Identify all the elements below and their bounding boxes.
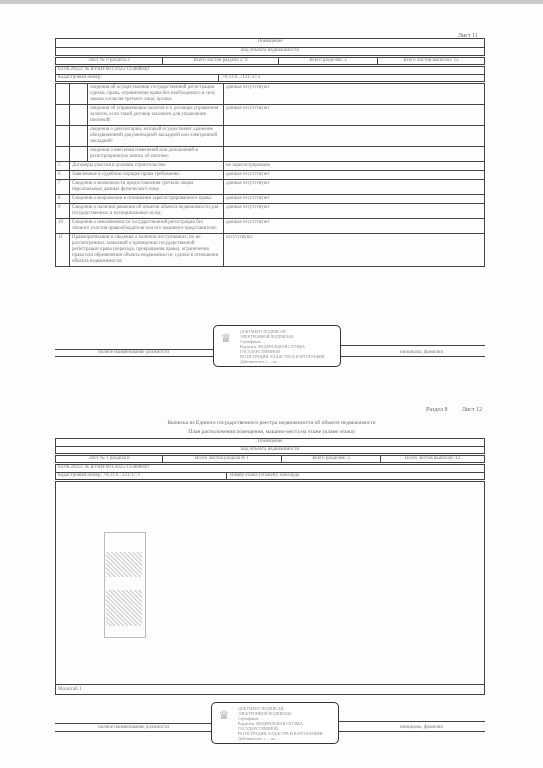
coat-of-arms-icon: ♕	[219, 330, 233, 346]
stamp-owner: Владелец: ФЕДЕРАЛЬНАЯ СЛУЖБА ГОСУДАРСТВЕ…	[238, 721, 334, 731]
cadastral-value: 76:31:0...:121:37:3	[220, 75, 480, 82]
coat-of-arms-icon: ♕	[217, 707, 231, 723]
sections-total: Всего разделов: 3	[282, 456, 380, 462]
subrow-value: данные отсутствуют	[224, 84, 485, 105]
subrow-text: сведения о внесении изменений или дополн…	[88, 147, 224, 162]
object-type-header: Помещение вид объекта недвижимости	[55, 38, 485, 56]
row-number: 7	[56, 180, 70, 195]
position-label: полное наименование должности	[98, 725, 169, 730]
sheets-total: Всего листов выписки: 12	[381, 456, 484, 462]
sheet-number: Лист № 9 раздела 2	[56, 58, 162, 64]
sheets-in-section: Всего листов раздела 2: 9	[163, 58, 278, 64]
floor-plan-rooms-bottom	[106, 590, 142, 626]
scale-label: Масштаб 1	[56, 685, 484, 695]
sheets-total: Всего листов выписки: 12	[378, 58, 484, 64]
row-value: отсутствуют	[224, 234, 485, 267]
row-text: Заявленные в судебном порядке права треб…	[70, 171, 224, 180]
table-subrow: сведения об управляющем залогом и о дого…	[56, 105, 485, 126]
cadastral-label: Кадастровый номер:	[56, 75, 218, 82]
row-value: данные отсутствуют	[224, 171, 485, 180]
subrow-value	[224, 147, 485, 162]
row-value: данные отсутствуют	[224, 219, 485, 234]
subrow-text: сведения об осуществлении государственно…	[88, 84, 224, 105]
object-title: Помещение	[56, 439, 484, 446]
sheets-in-section: Всего листов раздела 8: 1	[163, 456, 281, 462]
row-number: 11	[56, 234, 70, 267]
row-text: Правопритязания и сведения о наличии пос…	[70, 234, 224, 267]
name-label: инициалы, фамилия	[400, 350, 443, 355]
row-value: не зарегистрировано	[224, 162, 485, 171]
row-text: Сведения о невозможности государственной…	[70, 219, 224, 234]
section-label: Раздел 8	[426, 407, 447, 413]
document-title: Выписка из Единого государственного реес…	[0, 420, 543, 426]
e-signature-stamp: ♕ ДОКУМЕНТ ПОДПИСАН ЭЛЕКТРОННОЙ ПОДПИСЬЮ…	[211, 702, 339, 744]
extract-reference: 03.06.2025г. № КУВИ-001/2025-115888849	[56, 465, 484, 472]
sections-total: Всего разделов: 3	[279, 58, 377, 64]
table-row: 9Сведения о наличии решения об изъятии о…	[56, 204, 485, 219]
table-row: 7Сведения о возможности предоставления т…	[56, 180, 485, 195]
sheet-label: Лист 12	[462, 407, 482, 413]
extract-reference: 03.06.2025г. № КУВИ-001/2025-115888849	[56, 67, 484, 74]
floor-plan-rooms-top	[106, 552, 142, 577]
table-row: 10Сведения о невозможности государственн…	[56, 219, 485, 234]
position-label: полное наименование должности	[98, 350, 169, 355]
row-number: 5	[56, 162, 70, 171]
object-subtitle: вид объекта недвижимости	[56, 48, 484, 56]
e-signature-stamp: ♕ ДОКУМЕНТ ПОДПИСАН ЭЛЕКТРОННОЙ ПОДПИСЬЮ…	[213, 325, 341, 367]
scan-top-edge	[0, 0, 543, 4]
registry-table: сведения об осуществлении государственно…	[55, 83, 485, 267]
row-text: Договоры участия в долевом строительстве…	[70, 162, 224, 171]
object-type-header: Помещение вид объекта недвижимости	[55, 438, 485, 454]
row-text: Сведения о возражении в отношении зареги…	[70, 195, 224, 204]
subrow-value: данные отсутствуют	[224, 105, 485, 126]
object-title: Помещение	[56, 39, 484, 47]
row-text: Сведения о возможности предоставления тр…	[70, 180, 224, 195]
table-row: 11Правопритязания и сведения о наличии п…	[56, 234, 485, 267]
row-value: данные отсутствуют	[224, 180, 485, 195]
extract-ref-block: 03.06.2025г. № КУВИ-001/2025-115888849 К…	[55, 464, 485, 480]
row-text: Сведения о наличии решения об изъятии об…	[70, 204, 224, 219]
extract-ref-block: 03.06.2025г. № КУВИ-001/2025-115888849 К…	[55, 66, 485, 82]
subrow-value	[224, 126, 485, 147]
document-subtitle: План расположения помещения, машино-мест…	[0, 429, 543, 435]
floor-number: Номер этажа (этажей): мансарда	[228, 473, 478, 480]
cadastral-number: Кадастровый номер: 76:31:0...121:37:3	[56, 473, 226, 480]
table-row: 8Сведения о возражении в отношении зарег…	[56, 195, 485, 204]
row-number: 9	[56, 204, 70, 219]
row-number: 8	[56, 195, 70, 204]
sheet-info-row: Лист № 1 раздела 8 Всего листов раздела …	[55, 455, 485, 463]
object-subtitle: вид объекта недвижимости	[56, 447, 484, 454]
table-row: 6Заявленные в судебном порядке права тре…	[56, 171, 485, 180]
subrow-text: сведения об управляющем залогом и о дого…	[88, 105, 224, 126]
stamp-validity: Действителен: с ... по ...	[238, 736, 334, 741]
sheet-number: Лист № 1 раздела 8	[56, 456, 162, 462]
table-subrow: сведения о депозитарии, который осуществ…	[56, 126, 485, 147]
floor-plan-area: Масштаб 1	[55, 481, 485, 695]
subrow-text: сведения о депозитарии, который осуществ…	[88, 126, 224, 147]
stamp-owner: Владелец: ФЕДЕРАЛЬНАЯ СЛУЖБА ГОСУДАРСТВЕ…	[240, 344, 336, 354]
sheet-info-row: Лист № 9 раздела 2 Всего листов раздела …	[55, 57, 485, 65]
row-number: 6	[56, 171, 70, 180]
stamp-validity: Действителен: с ... по ...	[240, 359, 336, 364]
row-value: данные отсутствуют	[224, 195, 485, 204]
table-subrow: сведения об осуществлении государственно…	[56, 84, 485, 105]
name-label: инициалы, фамилия	[400, 725, 443, 730]
row-number: 10	[56, 219, 70, 234]
table-subrow: сведения о внесении изменений или дополн…	[56, 147, 485, 162]
row-value: данные отсутствуют	[224, 204, 485, 219]
table-row: 5Договоры участия в долевом строительств…	[56, 162, 485, 171]
